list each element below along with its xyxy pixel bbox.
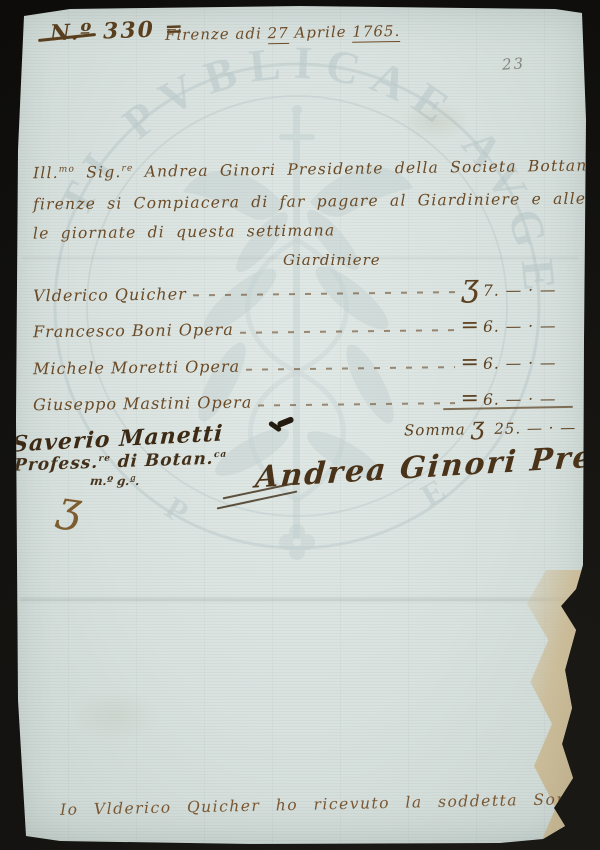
paper-crease xyxy=(20,598,582,601)
total-line: Somma ʒ 25. — · — xyxy=(404,410,577,441)
section-heading-giardiniere: Giardiniere xyxy=(283,251,381,269)
body-line-2: firenze si Compiacera di far pagare al G… xyxy=(33,189,600,214)
watermark-quatrefoil xyxy=(279,524,315,560)
total-label: Somma xyxy=(404,420,466,439)
amount: 7. — · — xyxy=(483,281,575,300)
foxing-spot xyxy=(70,690,160,742)
manuscript-page: TI PVBLICAE AVGE P E xyxy=(0,0,600,850)
signature-andrea-ginori: Andrea Ginori Presid. xyxy=(254,435,600,495)
dotted-leader xyxy=(258,402,454,406)
payment-row: Vlderico Quicher ʒ 7. — · — xyxy=(33,280,575,306)
total-amount: 25. — · — xyxy=(494,418,576,437)
date-place: Firenze adi xyxy=(165,24,262,44)
body-line-1: Ill.mo Sig.re Andrea Ginori Presidente d… xyxy=(33,156,600,183)
signature-paraph: ʒ xyxy=(55,481,85,533)
currency-symbol: = xyxy=(460,313,479,338)
amount: 6. — · — xyxy=(483,317,575,336)
signature-abbreviation: m.º g.ª. xyxy=(89,474,140,488)
amount: 6. — · — xyxy=(483,354,575,373)
folio-number: 23 xyxy=(501,54,525,74)
payee-name: Giuseppo Mastini Opera xyxy=(33,393,253,415)
receipt-acknowledgement-line: Io Vlderico Quicher ho ricevuto la sodde… xyxy=(60,789,600,819)
date-month: Aprile xyxy=(294,23,346,42)
dotted-leader xyxy=(246,366,454,371)
body-line-3: le giornate di questa settimana xyxy=(33,221,336,242)
payee-name: Francesco Boni Opera xyxy=(33,320,234,341)
payee-name: Vlderico Quicher xyxy=(33,284,187,305)
dotted-leader xyxy=(240,329,455,334)
date-year: 1765. xyxy=(352,22,400,43)
payee-name: Michele Moretti Opera xyxy=(33,357,240,379)
place-and-date: Firenze adi 27 Aprile 1765. xyxy=(165,22,401,44)
payment-row: Michele Moretti Opera = 6. — · — xyxy=(33,349,575,381)
dotted-leader xyxy=(193,291,456,296)
photograph-background: TI PVBLICAE AVGE P E xyxy=(0,0,600,850)
watermark-letter-p: P xyxy=(159,489,195,530)
currency-symbol: = xyxy=(460,350,479,375)
foxing-spot xyxy=(400,100,470,142)
currency-symbol: ʒ xyxy=(470,412,485,440)
payment-row: Francesco Boni Opera = 6. — · — xyxy=(33,312,575,344)
date-day: 27 xyxy=(267,24,288,44)
